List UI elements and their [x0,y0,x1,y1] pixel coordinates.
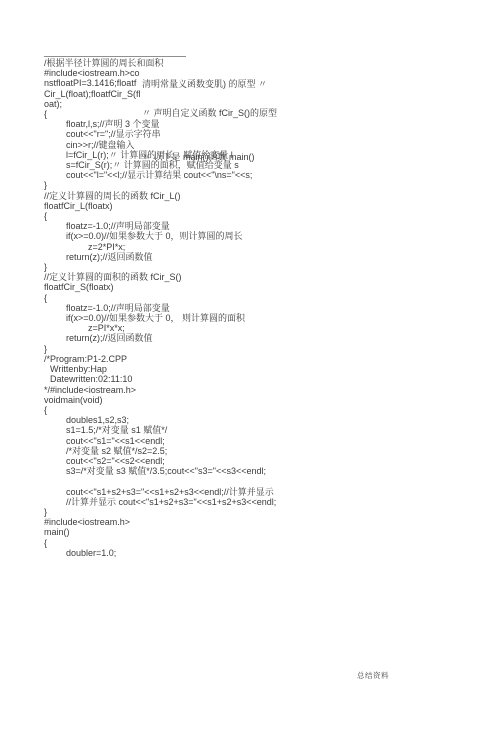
code-line: //定义计算圆的面积的函数 fCir_S() [44,272,374,282]
code-line-blank [44,476,374,486]
code-line: doubler=1.0; [44,548,374,558]
code-line: z=2*PI*x; [44,242,374,252]
code-line: l=fCir_L(r);〃 计算圆的周长，赋值给变量 l [44,150,374,160]
code-line: { [44,293,374,303]
code-line: /*Program:P1-2.CPP [44,354,374,364]
code-line: //计算并显示 cout<<"s1+s2+s3="<<s1+s2+s3<<end… [44,497,374,507]
code-line: z=PI*x*x; [44,323,374,333]
code-line: Datewritten:02:11:10 [44,374,374,384]
code-line: return(z);//返回函数值 [44,252,374,262]
code-line: Writtenby:Hap [44,364,374,374]
code-line: floatz=-1.0;//声明局部变量 [44,221,374,231]
code-line: main() [44,527,374,537]
code-line: } [44,262,374,272]
code-line: { [44,405,374,415]
code-line: } [44,180,374,190]
code-line: Cir_L(float);floatfCir_S(fl [44,89,374,99]
code-line: { [44,538,374,548]
code-line: s3=/*对变量 s3 赋值*/3.5;cout<<"s3="<<s3<<end… [44,466,374,476]
code-line: #include<iostream.h>co [44,68,374,78]
code-line: cout<<"r=";//显示字符串 [44,129,374,139]
code-line: { [44,211,374,221]
code-line: cout<<"s1+s2+s3="<<s1+s2+s3<<endl;//计算并显… [44,487,374,497]
code-listing: /根据半径计算圆的周长和面积 #include<iostream.h>co ns… [44,58,374,558]
code-line: oat); [44,99,374,109]
code-line: /根据半径计算圆的周长和面积 [44,58,374,68]
code-line: #include<iostream.h> [44,517,374,527]
code-line: return(z);//返回函数值 [44,333,374,343]
code-line: doubles1,s2,s3; [44,415,374,425]
code-line: } [44,507,374,517]
code-line: } [44,344,374,354]
code-line: s1=1.5;/*对变量 s1 赋值*/ [44,425,374,435]
code-line: //定义计算圆的周长的函数 fCir_L() [44,191,374,201]
code-line: voidmain(void) [44,395,374,405]
code-line: s=fCir_S(r);〃 计算圆的面积，赋值给变量 s [44,160,374,170]
code-line: floatr,l,s;//声明 3 个变量 [44,119,374,129]
code-line: */#include<iostream.h> [44,385,374,395]
code-line: nstfloatPI=3.1416;floatf [44,78,374,88]
code-line: if(x>=0.0)//如果参数大于 0， 则计算圆的面积 [44,313,374,323]
code-line: floatfCir_S(floatx) [44,282,374,292]
code-line: floatfCir_L(floatx) [44,201,374,211]
footer-watermark-label: 总结资料 [357,670,389,681]
code-line: cout<<"l="<<l;//显示计算结果 cout<<"\ns="<<s; [44,170,374,180]
code-line: if(x>=0.0)//如果参数大于 0，则计算圆的周长 [44,231,374,241]
code-line: { [44,109,374,119]
document-page: 清明常量义函数变肌) 的原型 〃 〃 声明自定义函数 fCir_S()的原型 〃… [0,0,500,747]
code-line: cin>>r;//键盘输入 [44,140,374,150]
code-line: cout<<"s2="<<s2<<endl; [44,456,374,466]
header-divider [44,56,186,57]
code-line: /*对变量 s2 赋值*/s2=2.5; [44,446,374,456]
code-line: cout<<"s1="<<s1<<endl; [44,436,374,446]
code-line: floatz=-1.0;//声明局部变量 [44,303,374,313]
